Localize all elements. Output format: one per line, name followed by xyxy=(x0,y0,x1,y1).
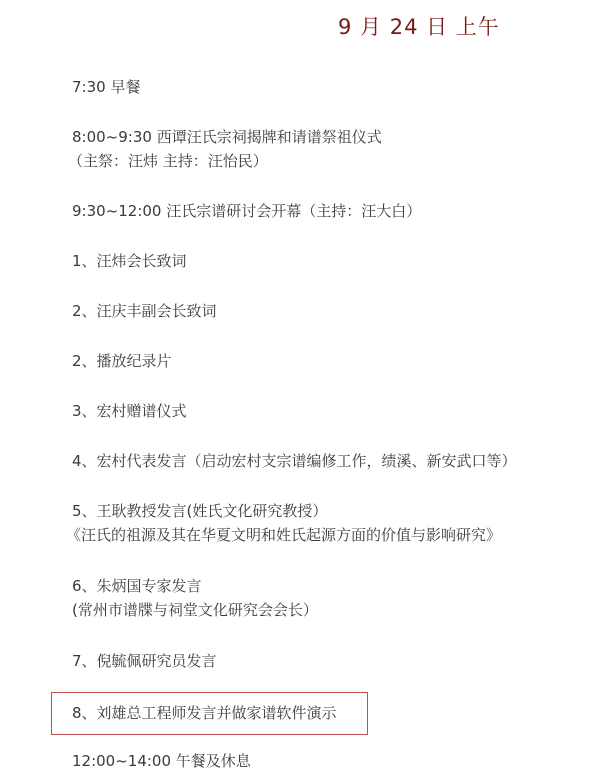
schedule-item: 2、汪庆丰副会长致词 xyxy=(72,301,217,321)
schedule-item: 7:30 早餐 xyxy=(72,77,140,97)
schedule-item: 《汪氏的祖源及其在华夏文明和姓氏起源方面的价值与影响研究》 xyxy=(66,525,501,545)
schedule-item: （主祭：汪炜 主持：汪怡民） xyxy=(68,151,268,171)
schedule-item: 12:00~14:00 午餐及休息 xyxy=(72,751,251,771)
schedule-item: 8:00~9:30 西谭汪氏宗祠揭牌和请谱祭祖仪式 xyxy=(72,127,382,147)
schedule-item: 7、倪毓佩研究员发言 xyxy=(72,651,217,671)
schedule-item: 3、宏村赠谱仪式 xyxy=(72,401,187,421)
schedule-item: 4、宏村代表发言（启动宏村支宗谱编修工作，绩溪、新安武口等） xyxy=(72,451,517,471)
schedule-item: 5、王耿教授发言(姓氏文化研究教授） xyxy=(72,501,327,521)
page-title: 9 月 24 日 上午 xyxy=(338,11,500,41)
schedule-item: 6、朱炳国专家发言 xyxy=(72,576,202,596)
schedule-item: 2、播放纪录片 xyxy=(72,351,172,371)
schedule-item: (常州市谱牒与祠堂文化研究会会长） xyxy=(72,600,318,620)
schedule-item: 1、汪炜会长致词 xyxy=(72,251,187,271)
highlight-box xyxy=(51,692,368,735)
schedule-item: 9:30~12:00 汪氏宗谱研讨会开幕（主持：汪大白） xyxy=(72,201,421,221)
